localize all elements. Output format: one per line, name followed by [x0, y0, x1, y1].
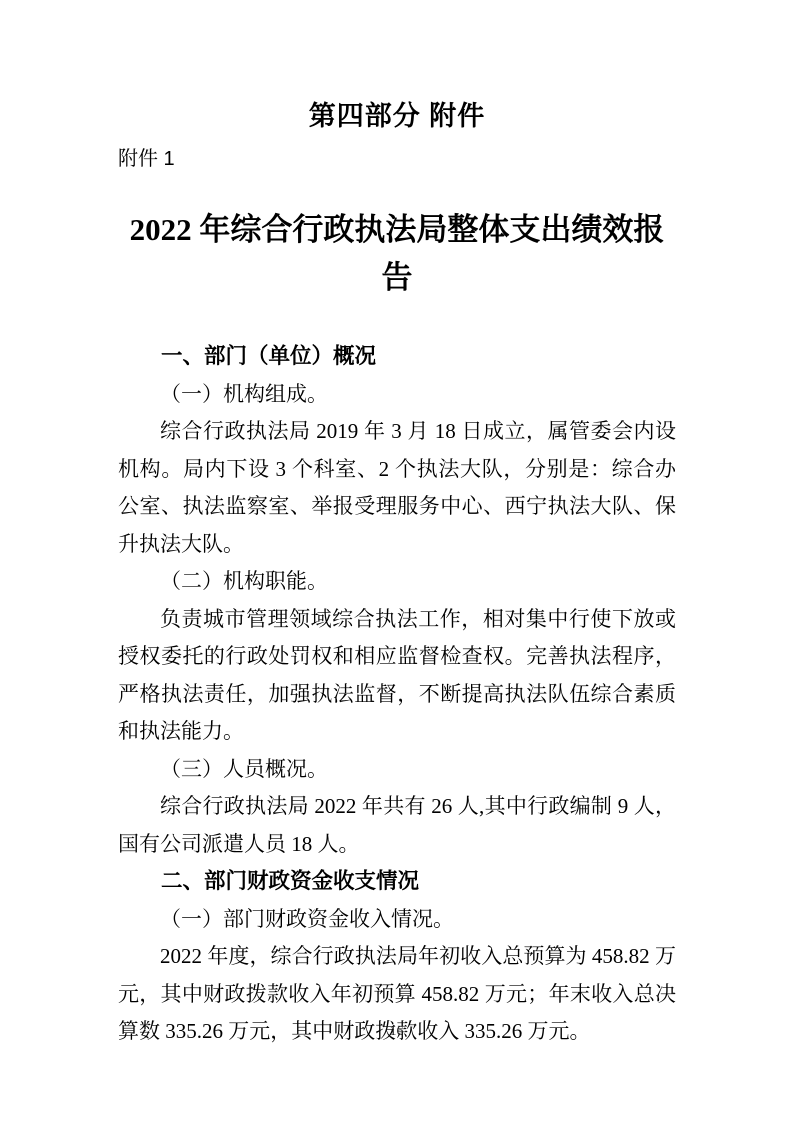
- subsection-heading-2-1: （一）部门财政资金收入情况。: [118, 901, 676, 939]
- section-heading-2: 二、部门财政资金收支情况: [118, 863, 676, 901]
- paragraph-personnel: 综合行政执法局 2022 年共有 26 人,其中行政编制 9 人，国有公司派遣人…: [118, 788, 676, 863]
- document-page: 第四部分 附件 附件 1 2022 年综合行政执法局整体支出绩效报告 一、部门（…: [0, 0, 793, 1122]
- paragraph-org-composition: 综合行政执法局 2019 年 3 月 18 日成立，属管委会内设机构。局内下设 …: [118, 413, 676, 563]
- paragraph-org-functions: 负责城市管理领域综合执法工作，相对集中行使下放或授权委托的行政处罚权和相应监督检…: [118, 601, 676, 751]
- part-title: 第四部分 附件: [118, 96, 676, 136]
- section-heading-1: 一、部门（单位）概况: [118, 338, 676, 376]
- document-title: 2022 年综合行政执法局整体支出绩效报告: [118, 206, 676, 302]
- subsection-heading-1-1: （一）机构组成。: [118, 376, 676, 414]
- page-number: 16: [0, 1024, 793, 1040]
- document-sheet: 第四部分 附件 附件 1 2022 年综合行政执法局整体支出绩效报告 一、部门（…: [0, 0, 793, 1051]
- subsection-heading-1-3: （三）人员概况。: [118, 751, 676, 789]
- document-body: 一、部门（单位）概况 （一）机构组成。 综合行政执法局 2019 年 3 月 1…: [118, 338, 676, 1051]
- subsection-heading-1-2: （二）机构职能。: [118, 563, 676, 601]
- attachment-label: 附件 1: [118, 144, 676, 174]
